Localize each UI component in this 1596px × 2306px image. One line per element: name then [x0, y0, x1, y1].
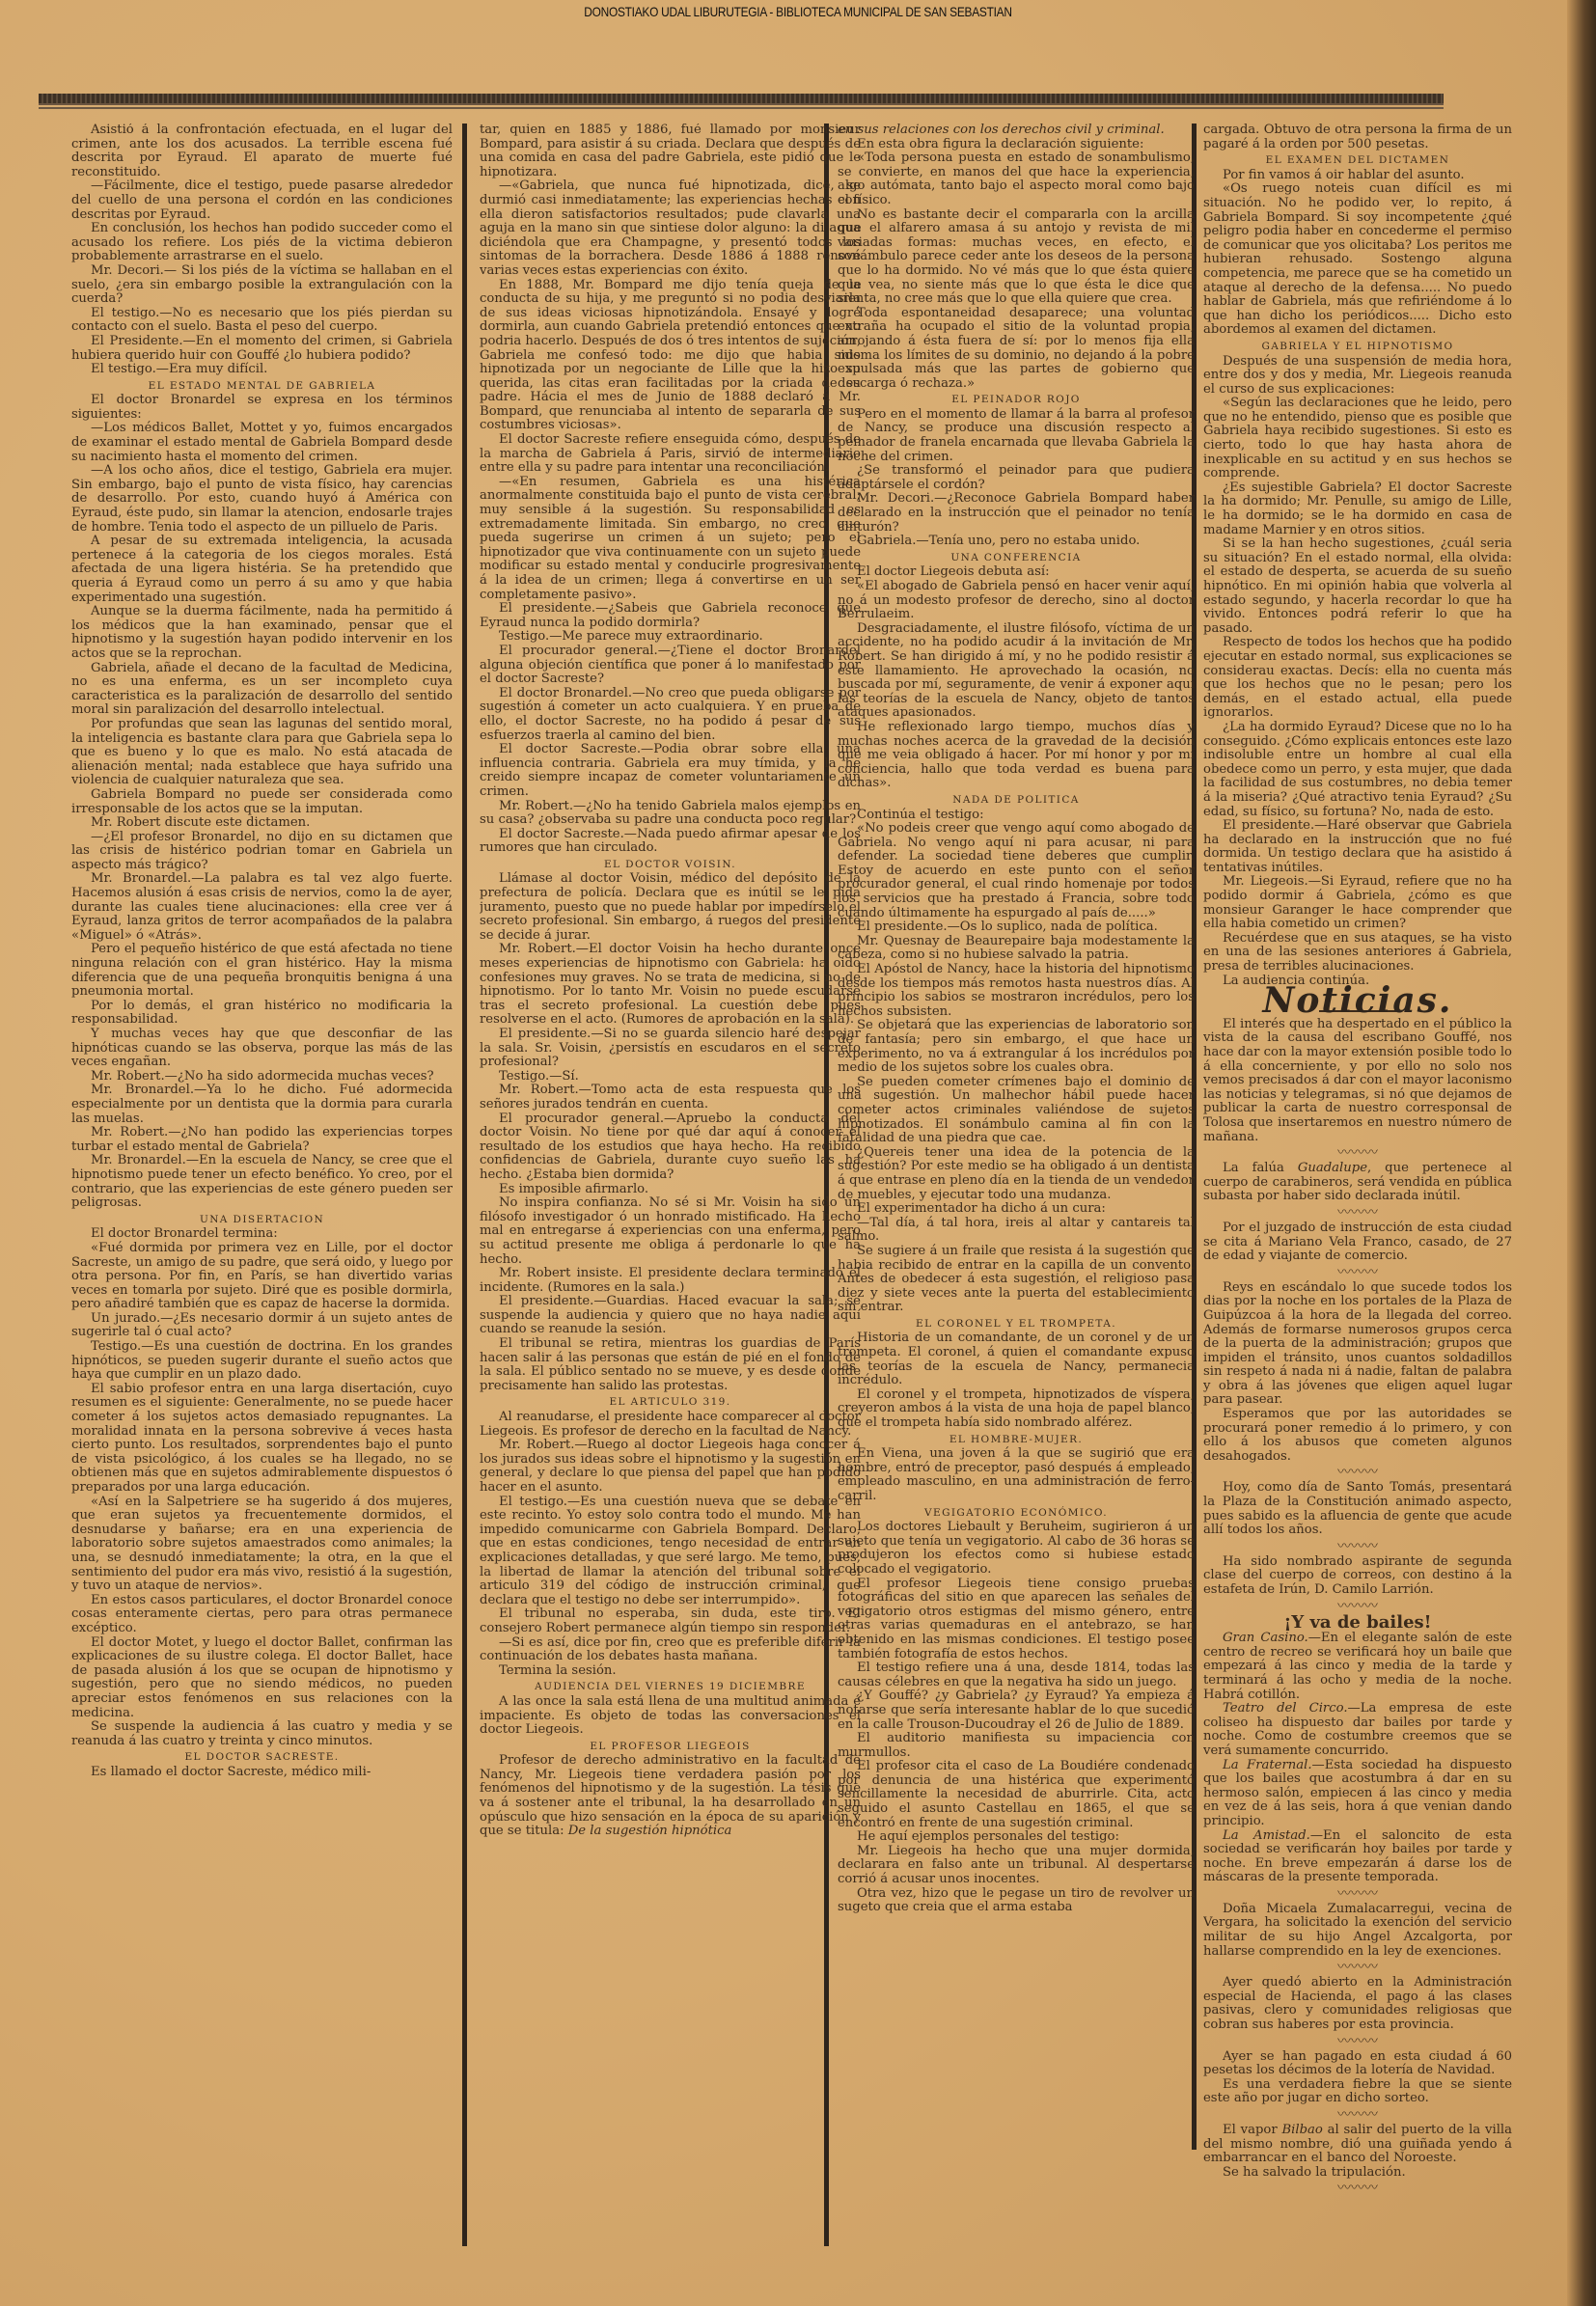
news-item: La Amistad.—En el saloncito de esta soci…	[1203, 1829, 1512, 1885]
section-heading: EL CORONEL Y EL TROMPETA.	[838, 1317, 1195, 1331]
paragraph: En 1888, Mr. Bompard me dijo tenía queja…	[480, 279, 861, 434]
paragraph: Mr. Liegeois.—Si Eyraud, refiere que no …	[1203, 875, 1512, 931]
news-item: Esperamos que por las autoridades se pro…	[1203, 1408, 1512, 1464]
paragraph: El presidente.—Si no se guarda silencio …	[480, 1028, 861, 1070]
paragraph: ¿Y Gouffé? ¿y Gabriela? ¿y Eyraud? Ya em…	[838, 1689, 1195, 1732]
paragraph: Recuérdese que en sus ataques, se ha vis…	[1203, 932, 1512, 975]
news-item: Se ha salvado la tripulación.	[1203, 2166, 1512, 2181]
paragraph: El tribunal no esperaba, sin duda, este …	[480, 1607, 861, 1635]
paragraph: A pesar de su extremada inteligencia, la…	[71, 535, 453, 605]
paragraph: No es bastante decir el compararla con l…	[838, 208, 1195, 307]
paragraph: Mr. Bronardel.—En la escuela de Nancy, s…	[71, 1154, 453, 1210]
top-rule	[39, 94, 1444, 105]
paragraph: —«Gabriela, que nunca fué hipnotizada, d…	[480, 179, 861, 278]
paragraph: Mr. Robert.—¿No han podido las experienc…	[71, 1126, 453, 1154]
paragraph: Mr. Robert.—¿No ha tenido Gabriela malos…	[480, 800, 861, 828]
column-divider	[462, 124, 467, 2246]
noticias-heading: Noticias.	[1203, 994, 1512, 1008]
news-item: Es una verdadera fiebre la que se siente…	[1203, 2078, 1512, 2106]
venue-name: La Fraternal.	[1223, 1758, 1312, 1772]
paragraph: El doctor Sacreste.—Nada puedo afirmar a…	[480, 828, 861, 856]
bailes-heading: ¡Y va de bailes!	[1203, 1616, 1512, 1631]
paragraph: Gabriela Bompard no puede ser considerad…	[71, 788, 453, 816]
paragraph: en sus relaciones con los derechos civil…	[838, 124, 1195, 138]
paragraph: El presidente.—Haré observar que Gabriel…	[1203, 819, 1512, 875]
paragraph: Después de una suspensión de media hora,…	[1203, 355, 1512, 398]
column-2: tar, quien en 1885 y 1886, fué llamado p…	[480, 124, 861, 2265]
paragraph: Es llamado el doctor Sacreste, médico mi…	[71, 1766, 453, 1780]
section-heading: EL PEINADOR ROJO	[838, 393, 1195, 407]
squiggle-separator: 〰〰〰	[1203, 1962, 1512, 1973]
paragraph: A las once la sala está llena de una mul…	[480, 1695, 861, 1738]
paragraph: Se suspende la audiencia á las cuatro y …	[71, 1720, 453, 1748]
newspaper-columns: Asistió á la confrontación efectuada, en…	[41, 124, 1449, 2265]
paragraph: —Los médicos Ballet, Mottet y yo, fuimos…	[71, 422, 453, 464]
paragraph: Respecto de todos los hechos que ha podi…	[1203, 636, 1512, 721]
paragraph: El doctor Bronardel termina:	[71, 1227, 453, 1242]
paragraph: Pero el pequeño histérico de que está af…	[71, 943, 453, 999]
news-item: Hoy, como día de Santo Tomás, presentará…	[1203, 1481, 1512, 1537]
paragraph: El sabio profesor entra en una larga dis…	[71, 1383, 453, 1496]
paragraph: —«En resumen, Gabriela es una histérica …	[480, 476, 861, 602]
paragraph: El doctor Liegeois debuta así:	[838, 565, 1195, 580]
paragraph: El Apóstol de Nancy, hace la historia de…	[838, 963, 1195, 1019]
paragraph: Mr. Robert.—Ruego al doctor Liegeois hag…	[480, 1439, 861, 1495]
paragraph: «Así en la Salpetriere se ha sugerido á …	[71, 1496, 453, 1594]
news-item: El vapor Bilbao al salir del puerto de l…	[1203, 2124, 1512, 2166]
paragraph: Y muchas veces hay que que desconfiar de…	[71, 1028, 453, 1070]
paragraph: Llámase al doctor Voisin, médico del dep…	[480, 872, 861, 943]
section-heading: AUDIENCIA DEL VIERNES 19 DICIEMBRE	[480, 1680, 861, 1694]
paragraph: Los doctores Liebault y Beruheim, sugiri…	[838, 1521, 1195, 1577]
paragraph: Mr. Bronardel.—Ya lo he dicho. Fué adorm…	[71, 1084, 453, 1126]
news-item: La Fraternal.—Esta sociedad ha dispuesto…	[1203, 1759, 1512, 1829]
paragraph: «No podeis creer que vengo aquí como abo…	[838, 822, 1195, 920]
paragraph: Por fin vamos á oir hablar del asunto.	[1203, 169, 1512, 183]
news-item: Doña Micaela Zumalacarregui, vecina de V…	[1203, 1903, 1512, 1959]
news-item: Reys en escándalo lo que sucede todos lo…	[1203, 1281, 1512, 1408]
paragraph: Por lo demás, el gran histérico no modif…	[71, 1000, 453, 1028]
paragraph: Es imposible afirmarlo.	[480, 1183, 861, 1197]
squiggle-separator: 〰〰〰	[1203, 2036, 1512, 2047]
paragraph: En estos casos particulares, el doctor B…	[71, 1594, 453, 1636]
squiggle-separator: 〰〰〰	[1203, 1541, 1512, 1552]
squiggle-separator: 〰〰〰	[1203, 2109, 1512, 2121]
paragraph: Testigo.—Es una cuestión de doctrina. En…	[71, 1340, 453, 1383]
text: El vapor	[1223, 2123, 1281, 2137]
paragraph: Mr. Robert.—¿No ha sido adormecida mucha…	[71, 1070, 453, 1084]
squiggle-separator: 〰〰〰	[1203, 1601, 1512, 1612]
paragraph: Gabriela.—Tenía uno, pero no estaba unid…	[838, 535, 1195, 549]
paragraph: El doctor Bronardel.—No creo que pueda o…	[480, 687, 861, 743]
paragraph: El presidente.—¿Sabeis que Gabriela reco…	[480, 602, 861, 630]
news-item: La falúa Guadalupe, que pertenece al cue…	[1203, 1162, 1512, 1204]
paragraph: Se objetará que las experiencias de labo…	[838, 1019, 1195, 1075]
squiggle-separator: 〰〰〰	[1203, 1467, 1512, 1478]
squiggle-separator: 〰〰〰	[1203, 2182, 1512, 2194]
section-heading: EL ESTADO MENTAL DE GABRIELA	[71, 379, 453, 394]
paragraph: Mr. Robert.—El doctor Voisin ha hecho du…	[480, 943, 861, 1028]
news-item: El interés que ha despertado en el públi…	[1203, 1018, 1512, 1144]
paragraph: Mr. Decori.— Si los piés de la víctima s…	[71, 264, 453, 307]
paragraph: Asistió á la confrontación efectuada, en…	[71, 124, 453, 179]
paragraph: «El abogado de Gabriela pensó en hacer v…	[838, 580, 1195, 622]
paragraph: El doctor Bronardel se expresa en los té…	[71, 394, 453, 422]
paragraph: «Fué dormida por primera vez en Lille, p…	[71, 1242, 453, 1312]
news-item: Por el juzgado de instrucción de esta ci…	[1203, 1222, 1512, 1264]
paragraph: El tribunal se retira, mientras los guar…	[480, 1337, 861, 1393]
section-heading: EL DOCTOR SACRESTE.	[71, 1750, 453, 1765]
section-heading: EL ARTICULO 319.	[480, 1395, 861, 1410]
paragraph: Toda espontaneidad desaparece; una volun…	[838, 307, 1195, 392]
squiggle-separator: 〰〰〰	[1203, 1147, 1512, 1159]
paragraph: ¿Se transformó el peinador para que pudi…	[838, 464, 1195, 492]
paragraph: Un jurado.—¿Es necesario dormir á un suj…	[71, 1312, 453, 1340]
library-header: DONOSTIAKO UDAL LIBURUTEGIA - BIBLIOTECA…	[120, 4, 1476, 19]
venue-name: La Amistad.	[1223, 1828, 1310, 1843]
squiggle-separator: 〰〰〰	[1203, 1888, 1512, 1900]
paragraph: El coronel y el trompeta, hipnotizados d…	[838, 1388, 1195, 1431]
news-item: Ayer quedó abierto en la Administración …	[1203, 1976, 1512, 2032]
paragraph: El auditorio manifiesta su impaciencia c…	[838, 1732, 1195, 1760]
paragraph: El presidente.—Guardias. Haced evacuar l…	[480, 1295, 861, 1337]
paragraph: El testigo.—No es necesario que los piés…	[71, 307, 453, 335]
paragraph: Por profundas que sean las lagunas del s…	[71, 718, 453, 788]
paragraph: Aunque se la duerma fácilmente, nada ha …	[71, 605, 453, 661]
section-heading: EL HOMBRE-MUJER.	[838, 1433, 1195, 1447]
paragraph: Mr. Decori.—¿Reconoce Gabriela Bompard h…	[838, 492, 1195, 535]
paragraph: —Fácilmente, dice el testigo, puede pasa…	[71, 179, 453, 222]
paragraph: Continúa el testigo:	[838, 809, 1195, 823]
paragraph: Profesor de derecho administrativo en la…	[480, 1754, 861, 1839]
paragraph: El testigo.—Era muy difícil.	[71, 363, 453, 377]
paragraph: Testigo.—Sí.	[480, 1070, 861, 1084]
paragraph: El testigo.—Es una cuestión nueva que se…	[480, 1496, 861, 1608]
paragraph: Pero en el momento de llamar á la barra …	[838, 408, 1195, 464]
paragraph: —¿El profesor Bronardel, no dijo en su d…	[71, 831, 453, 873]
paragraph: —Tal día, á tal hora, ireis al altar y c…	[838, 1217, 1195, 1245]
news-item: Ha sido nombrado aspirante de segunda cl…	[1203, 1555, 1512, 1598]
column-4: cargada. Obtuvo de otra persona la firma…	[1203, 124, 1512, 2265]
paragraph: Otra vez, hizo que le pegase un tiro de …	[838, 1887, 1195, 1915]
venue-name: Gran Casino.	[1223, 1631, 1308, 1645]
paragraph: En conclusión, los hechos han podido suc…	[71, 222, 453, 264]
paragraph: El profesor cita el caso de La Boudiére …	[838, 1760, 1195, 1830]
page-edge-shadow	[1567, 0, 1596, 2306]
paragraph: Desgraciadamente, el ilustre filósofo, v…	[838, 622, 1195, 721]
paragraph: No inspira confianza. No sé si Mr. Voisi…	[480, 1196, 861, 1267]
paragraph: El doctor Motet, y luego el doctor Balle…	[71, 1636, 453, 1721]
news-item: Ayer se han pagado en esta ciudad á 60 p…	[1203, 2050, 1512, 2078]
text: La falúa	[1223, 1161, 1298, 1175]
paragraph: Termina la sesión.	[480, 1664, 861, 1679]
paragraph: El profesor Liegeois tiene consigo prueb…	[838, 1578, 1195, 1662]
paragraph: Se sugiere á un fraile que resista á la …	[838, 1245, 1195, 1315]
section-heading: EL EXAMEN DEL DICTAMEN	[1203, 153, 1512, 168]
paragraph: El doctor Sacreste refiere enseguida cóm…	[480, 433, 861, 476]
paragraph: El testigo refiere una á una, desde 1814…	[838, 1661, 1195, 1689]
paragraph: Historia de un comandante, de un coronel…	[838, 1331, 1195, 1387]
paragraph: tar, quien en 1885 y 1886, fué llamado p…	[480, 124, 861, 179]
paragraph: He aquí ejemplos personales del testigo:	[838, 1830, 1195, 1845]
column-1: Asistió á la confrontación efectuada, en…	[71, 124, 453, 2265]
section-heading: NADA DE POLITICA	[838, 793, 1195, 808]
column-3: en sus relaciones con los derechos civil…	[838, 124, 1195, 2265]
paragraph: Al reanudarse, el presidente hace compar…	[480, 1411, 861, 1439]
paragraph: Mr. Robert discute este dictamen.	[71, 816, 453, 831]
book-title: De la sugestión hipnótica	[568, 1824, 732, 1838]
squiggle-separator: 〰〰〰	[1203, 1207, 1512, 1219]
paragraph: El doctor Sacreste.—Podia obrar sobre el…	[480, 743, 861, 799]
paragraph: ¿Es sujestible Gabriela? El doctor Sacre…	[1203, 481, 1512, 537]
paragraph: «Os ruego noteis cuan difícil es mi situ…	[1203, 182, 1512, 338]
paragraph: Testigo.—Me parece muy extraordinario.	[480, 630, 861, 645]
paragraph: El Presidente.—En el momento del crimen,…	[71, 335, 453, 363]
top-rule-thin	[39, 107, 1444, 109]
vessel-name: Guadalupe	[1298, 1161, 1367, 1175]
vessel-name: Bilbao	[1281, 2123, 1322, 2137]
venue-name: Teatro del Circo.	[1223, 1701, 1348, 1716]
paragraph: ¿La ha dormido Eyraud? Dicese que no lo …	[1203, 721, 1512, 819]
section-heading: GABRIELA Y EL HIPNOTISMO	[1203, 340, 1512, 354]
paragraph: Mr. Liegeois ha hecho que una mujer dorm…	[838, 1845, 1195, 1887]
paragraph: El experimentador ha dicho á un cura:	[838, 1202, 1195, 1217]
paragraph: El presidente.—Os lo suplico, nada de po…	[838, 920, 1195, 935]
paragraph: En Viena, una joven á la que se sugirió …	[838, 1447, 1195, 1503]
news-item: Teatro del Circo.—La empresa de este col…	[1203, 1702, 1512, 1758]
squiggle-separator: 〰〰〰	[1203, 1267, 1512, 1278]
section-heading: EL PROFESOR LIEGEOIS	[480, 1740, 861, 1754]
paragraph: Mr. Robert insiste. El presidente declar…	[480, 1267, 861, 1295]
paragraph: Si se la han hecho sugestiones, ¿cuál se…	[1203, 537, 1512, 636]
paragraph: Mr. Robert.—Tomo acta de esta respuesta …	[480, 1084, 861, 1112]
section-heading: VEGIGATORIO ECONÓMICO.	[838, 1506, 1195, 1521]
paragraph: cargada. Obtuvo de otra persona la firma…	[1203, 124, 1512, 151]
paragraph: ¿Quereis tener una idea de la potencia d…	[838, 1146, 1195, 1202]
paragraph: Mr. Quesnay de Beaurepaire baja modestam…	[838, 935, 1195, 963]
section-heading: EL DOCTOR VOISIN.	[480, 858, 861, 872]
paragraph: —A los ocho años, dice el testigo, Gabri…	[71, 464, 453, 535]
news-item: Gran Casino.—En el elegante salón de est…	[1203, 1632, 1512, 1702]
section-heading: UNA CONFERENCIA	[838, 551, 1195, 565]
paragraph: El procurador general.—¿Tiene el doctor …	[480, 645, 861, 687]
paragraph: El procurador general.—Apruebo la conduc…	[480, 1112, 861, 1183]
paragraph: «Toda persona puesta en estado de sonamb…	[838, 151, 1195, 207]
paragraph: Se pueden cometer crímenes bajo el domin…	[838, 1076, 1195, 1146]
book-title-continued: en sus relaciones con los derechos civil…	[838, 124, 1165, 137]
section-heading: UNA DISERTACION	[71, 1213, 453, 1227]
paragraph: He reflexionado largo tiempo, muchos día…	[838, 721, 1195, 791]
paragraph: Mr. Bronardel.—La palabra es tal vez alg…	[71, 872, 453, 943]
paragraph: Gabriela, añade el decano de la facultad…	[71, 662, 453, 718]
paragraph: —Si es así, dice por fin, creo que es pr…	[480, 1636, 861, 1664]
paragraph: «Según las declaraciones que he leido, p…	[1203, 397, 1512, 481]
paragraph: En esta obra figura la declaración sigui…	[838, 138, 1195, 152]
